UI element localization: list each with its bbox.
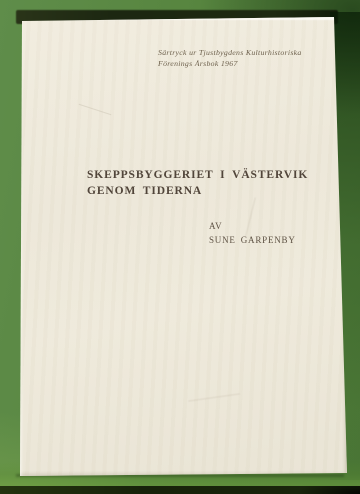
imprint-line-1: Särtryck ur Tjustbygdens Kulturhistorisk… <box>158 48 302 59</box>
table-edge-shadow <box>0 486 360 494</box>
byline-block: AV SUNE GARPENBY <box>209 220 296 247</box>
byline-author: SUNE GARPENBY <box>209 234 296 248</box>
cover-title-line-2: GENOM TIDERNA <box>87 183 308 199</box>
photo-background: Särtryck ur Tjustbygdens Kulturhistorisk… <box>0 0 360 494</box>
paper-texture <box>79 104 112 115</box>
imprint-line-2: Förenings Årsbok 1967 <box>158 59 302 70</box>
cover-title: SKEPPSBYGGERIET I VÄSTERVIK GENOM TIDERN… <box>87 167 308 199</box>
byline-prefix: AV <box>209 220 296 234</box>
paper-texture <box>188 393 240 401</box>
imprint-block: Särtryck ur Tjustbygdens Kulturhistorisk… <box>158 48 302 69</box>
booklet-cover: Särtryck ur Tjustbygdens Kulturhistorisk… <box>20 17 347 476</box>
cover-title-line-1: SKEPPSBYGGERIET I VÄSTERVIK <box>87 167 308 183</box>
